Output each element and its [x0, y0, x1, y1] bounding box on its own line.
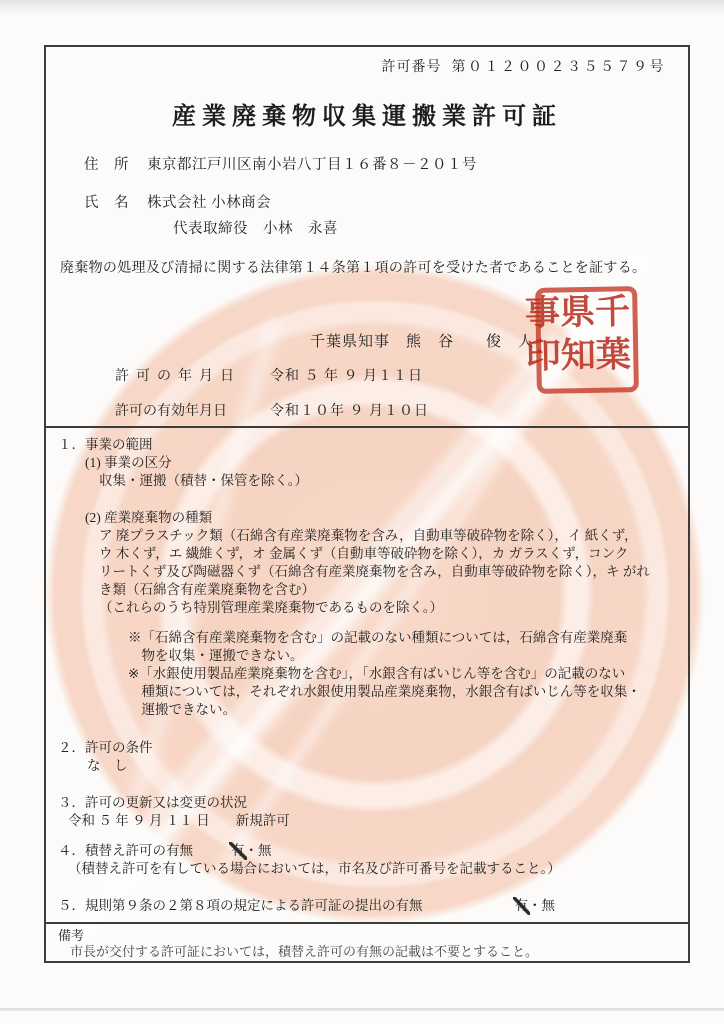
scan-top-shadow: [0, 0, 724, 14]
address-row: 住 所東京都江戸川区南小岩八丁目１６番８－２０１号: [84, 153, 477, 174]
business-category-value: 収集・運搬（積替・保管を除く。）: [99, 472, 308, 490]
company-name: 株式会社 小林商会: [147, 195, 271, 211]
waste-types-text: ア 廃プラスチック類（石綿含有産業廃棄物を含み，自動車等破砕物を除く），イ 紙く…: [99, 527, 681, 617]
permit-number-label: 許可番号: [382, 60, 442, 75]
section1-sub2-label: (2) 産業廃棄物の種類: [85, 509, 212, 527]
scan-bottom-shadow: [0, 1008, 724, 1011]
seal-column-left: 事印: [522, 294, 559, 389]
asbestos-mercury-notes: ※「石綿含有産業廃棄物を含む」の記載のない種類については，石綿含有産業廃棄 物を…: [128, 629, 680, 719]
address-label: 住 所: [84, 157, 129, 173]
permit-date-label: 許可の年月日: [115, 365, 241, 385]
section4-heading: ４．積替え許可の有無: [58, 843, 193, 858]
no-option: 無: [542, 898, 556, 913]
dot-separator: ・: [245, 843, 259, 858]
section4-heading-row: ４．積替え許可の有無有・無: [58, 842, 272, 860]
yes-option-struck: 有: [231, 842, 245, 860]
permit-date-value: 令和 ５ 年 ９ 月１１日: [270, 365, 423, 385]
section1-heading: １．事業の範囲: [58, 436, 153, 454]
address-value: 東京都江戸川区南小岩八丁目１６番８－２０１号: [147, 157, 477, 173]
transfer-permit-yes-no: 有・無: [231, 842, 272, 860]
permit-document-page: 許可番号第０１２００２３５５７９号 産業廃棄物収集運搬業許可証 住 所東京都江戸…: [0, 0, 724, 1024]
name-label: 氏 名: [84, 195, 129, 211]
renewal-date: 令和 ５ 年 ９ 月 １１ 日: [68, 813, 210, 828]
section5-heading-row: ５．規則第９条の２第８項の規定による許可証の提出の有無有・無: [58, 897, 555, 915]
section5-heading: ５．規則第９条の２第８項の規定による許可証の提出の有無: [58, 898, 423, 913]
section4-note: （積替え許可を有している場合においては，市名及び許可番号を記載すること。）: [68, 860, 561, 878]
name-row: 氏 名株式会社 小林商会: [84, 191, 271, 212]
certification-statement: 廃棄物の処理及び清掃に関する法律第１４条第１項の許可を受けた者であることを証する…: [60, 257, 680, 277]
certificate-header-section: 許可番号第０１２００２３５５７９号 産業廃棄物収集運搬業許可証 住 所東京都江戸…: [46, 47, 688, 426]
renewal-type: 新規許可: [236, 813, 290, 828]
representative-name: 代表取締役 小林 永喜: [173, 217, 338, 238]
valid-date-label: 許可の有効年月日: [115, 400, 227, 420]
document-title: 産業廃棄物収集運搬業許可証: [46, 96, 688, 131]
certificate-frame: 許可番号第０１２００２３５５７９号 産業廃棄物収集運搬業許可証 住 所東京都江戸…: [44, 45, 690, 963]
remarks-text: 市長が交付する許可証においては，積替え許可の有無の記載は不要とすること。: [70, 943, 670, 960]
seal-column-middle: 県知: [557, 293, 594, 388]
section3-heading: ３．許可の更新又は変更の状況: [58, 794, 247, 812]
seal-column-right: 千葉: [592, 292, 629, 387]
section2-heading: ２．許可の条件: [58, 739, 153, 757]
remarks-heading: 備考: [58, 927, 84, 944]
permit-number-value: 第０１２００２３５５７９号: [452, 60, 667, 75]
section1-sub1-label: (1) 事業の区分: [85, 454, 172, 472]
governor-seal-stamp: 千葉 県知 事印: [535, 286, 639, 394]
governor-name: 千葉県知事 熊 谷 俊 人: [310, 330, 534, 351]
yes-option-struck: 有: [515, 897, 529, 915]
submission-yes-no: 有・無: [515, 897, 556, 915]
certificate-body-section: １．事業の範囲 (1) 事業の区分 収集・運搬（積替・保管を除く。） (2) 産…: [46, 428, 688, 922]
valid-date-value: 令和１０年 ９ 月１０日: [270, 400, 429, 420]
remarks-section: 備考 市長が交付する許可証においては，積替え許可の有無の記載は不要とすること。: [46, 924, 688, 961]
no-option: 無: [258, 843, 272, 858]
renewal-status-row: 令和 ５ 年 ９ 月 １１ 日新規許可: [68, 812, 290, 830]
permit-number-line: 許可番号第０１２００２３５５７９号: [382, 56, 667, 76]
dot-separator: ・: [528, 898, 542, 913]
permit-conditions-value: な し: [87, 757, 128, 775]
